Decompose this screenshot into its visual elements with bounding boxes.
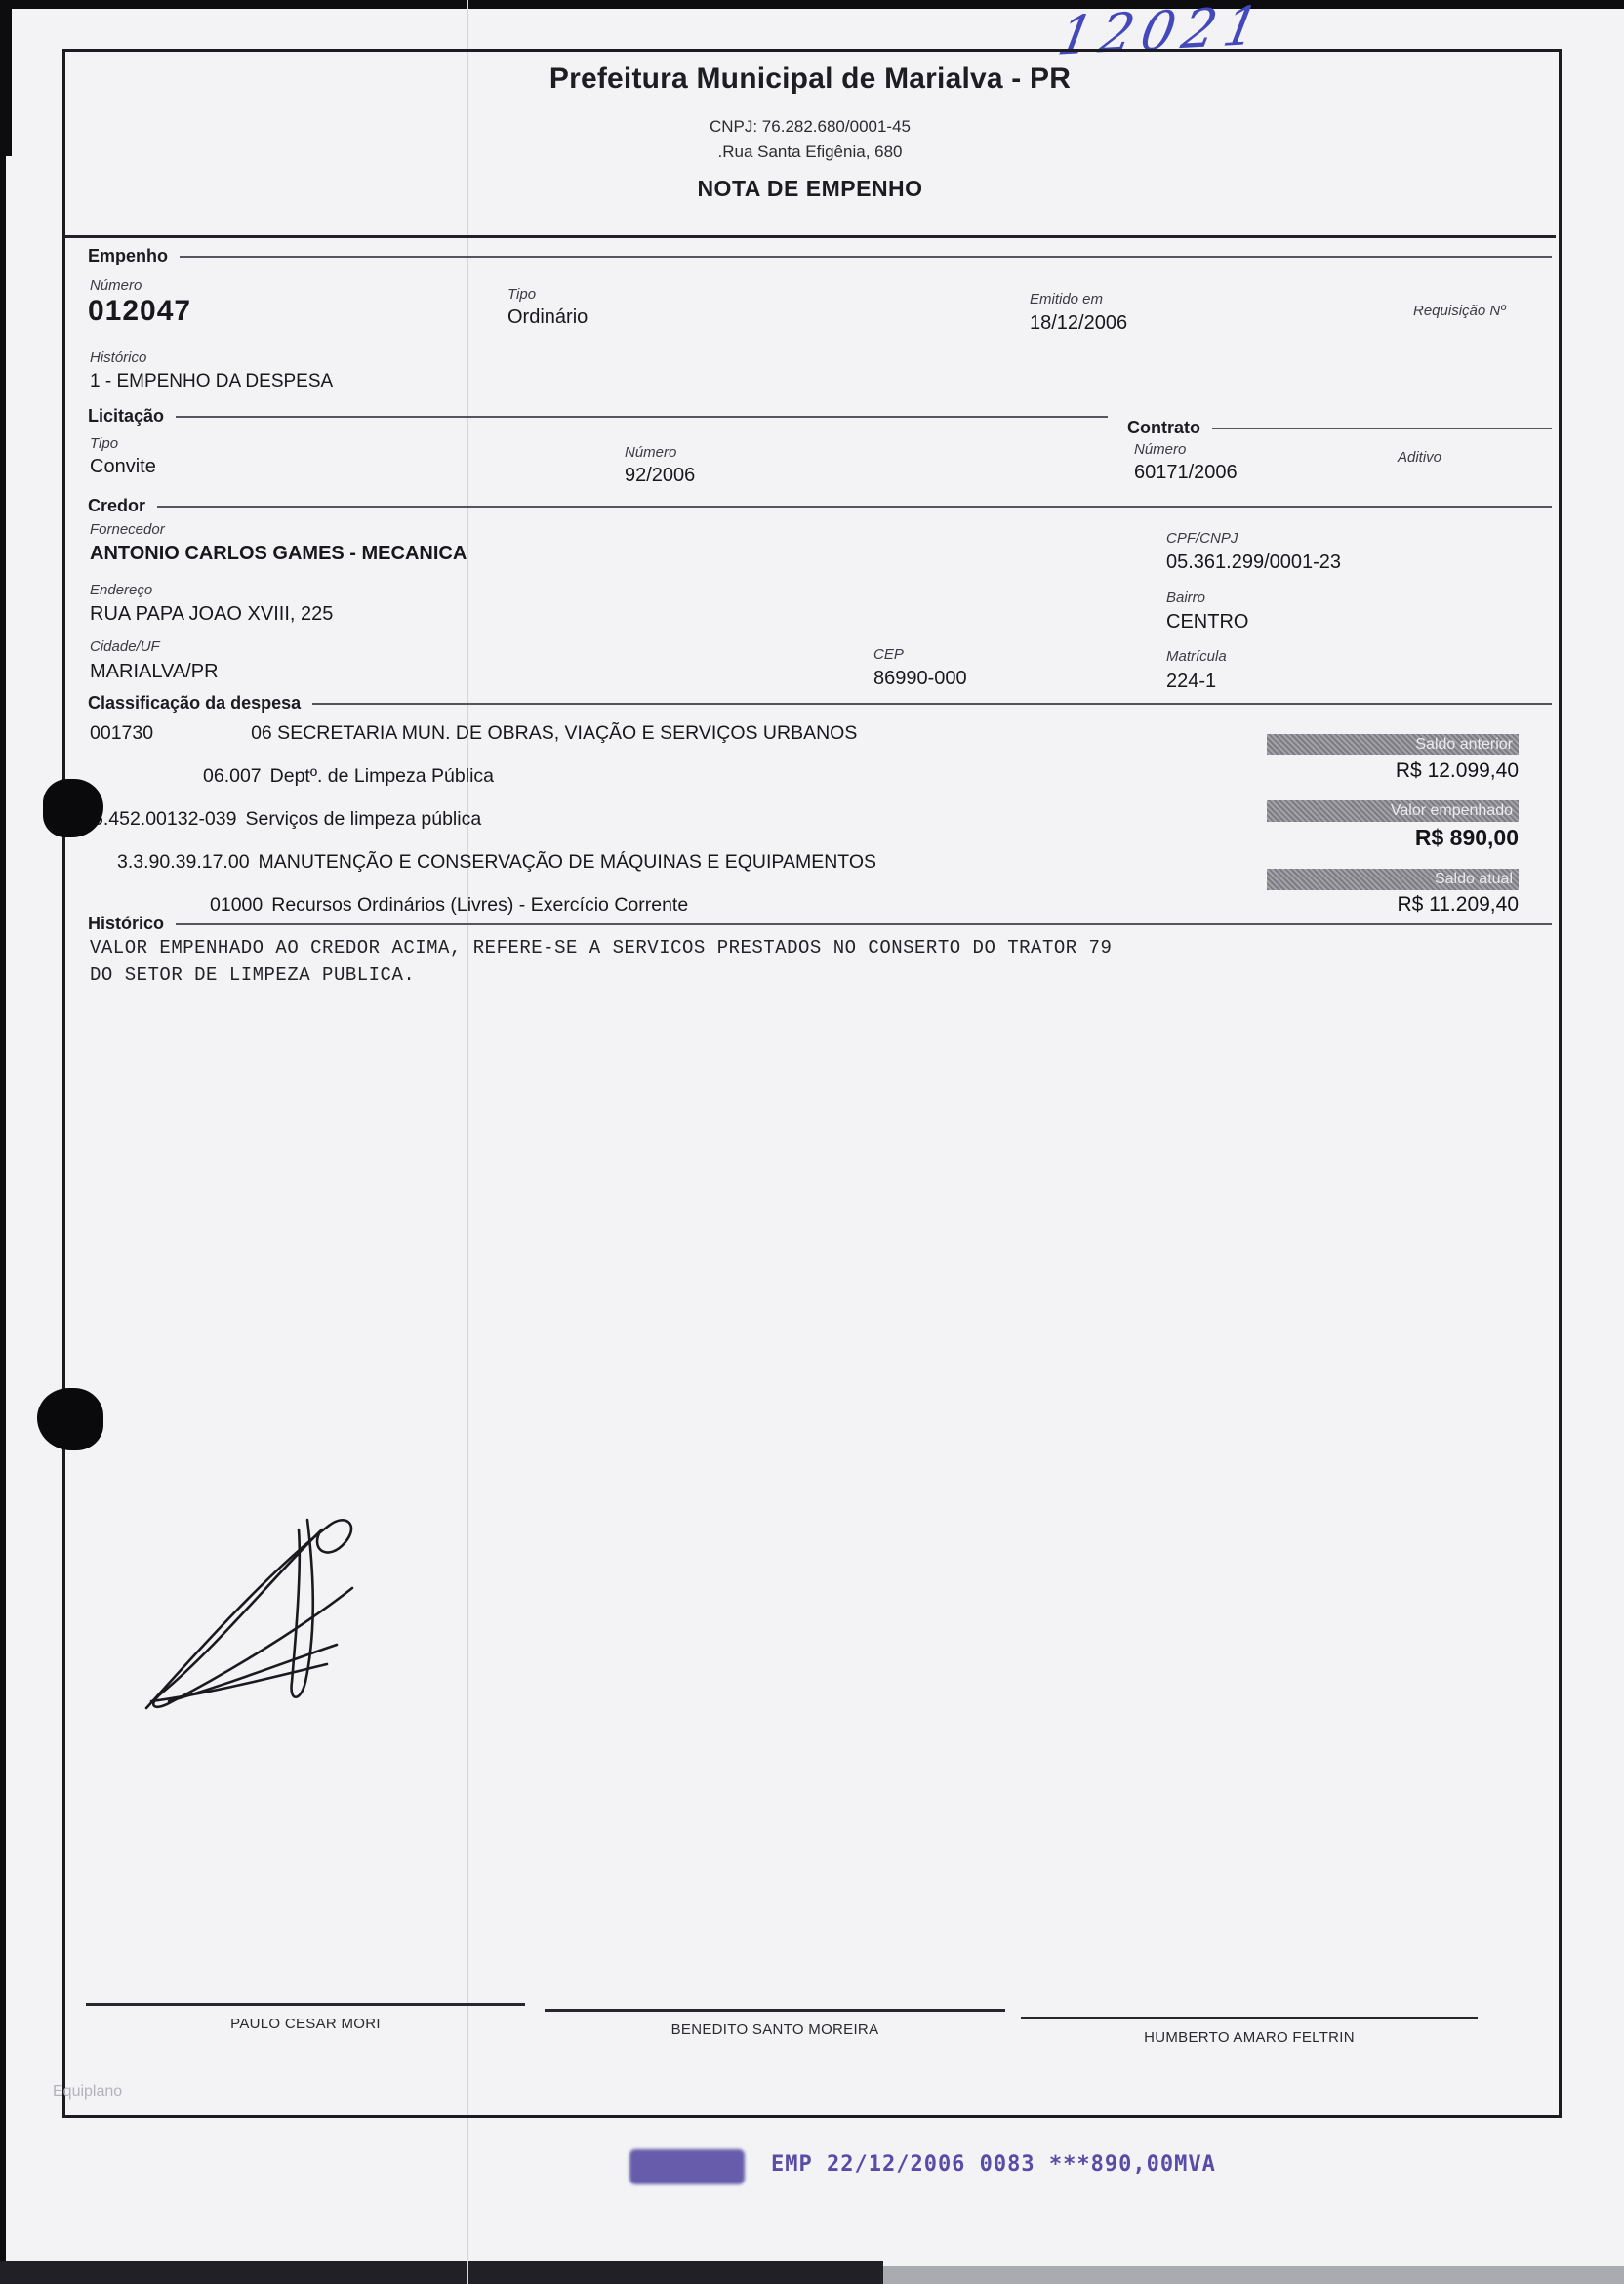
fornecedor-label: Fornecedor <box>90 521 165 538</box>
signature-block: BENEDITO SANTO MOREIRA <box>545 2009 1005 2038</box>
classificacao-row: 00173006 SECRETARIA MUN. DE OBRAS, VIAÇÃ… <box>90 722 857 745</box>
historico-text-line1: VALOR EMPENHADO AO CREDOR ACIMA, REFERE-… <box>90 937 1112 958</box>
equiplano-watermark: Equiplano <box>53 2083 122 2100</box>
cpf-cnpj: 05.361.299/0001-23 <box>1166 551 1341 574</box>
stamp-mark <box>629 2149 745 2184</box>
historico-text-line2: DO SETOR DE LIMPEZA PUBLICA. <box>90 964 415 986</box>
scan-edge-bottom-light <box>883 2266 1624 2284</box>
signature-name: HUMBERTO AMARO FELTRIN <box>1144 2029 1355 2046</box>
section-empenho: Empenho <box>88 246 1552 266</box>
fornecedor-nome: ANTONIO CARLOS GAMES - MECANICA <box>90 543 467 565</box>
numero-label: Número <box>90 277 142 294</box>
endereco: RUA PAPA JOAO XVIII, 225 <box>90 603 333 626</box>
scan-edge-top <box>0 0 1624 9</box>
licitacao-numero-label: Número <box>625 444 676 461</box>
signature-name: PAULO CESAR MORI <box>230 2016 381 2032</box>
document-border <box>62 49 1562 2118</box>
scan-edge-left <box>0 156 6 2284</box>
valor-empenhado-bar: Valor empenhado <box>1267 800 1519 822</box>
historico-label: Histórico <box>90 349 146 366</box>
signature-scribble <box>122 1508 386 1733</box>
section-rule <box>176 416 1108 418</box>
section-historico-label: Histórico <box>88 914 164 934</box>
section-licitacao: Licitação <box>88 406 1108 427</box>
section-historico: Histórico <box>88 914 1552 934</box>
contrato-numero: 60171/2006 <box>1134 462 1238 484</box>
classificacao-row: 06.007Deptº. de Limpeza Pública <box>203 765 494 788</box>
endereco-label: Endereço <box>90 582 152 598</box>
address-line: .Rua Santa Efigênia, 680 <box>64 143 1556 162</box>
municipality-title: Prefeitura Municipal de Marialva - PR <box>64 62 1556 96</box>
classificacao-desc: Recursos Ordinários (Livres) - Exercício… <box>271 894 688 916</box>
stamp-text: EMP 22/12/2006 0083 ***890,00MVA <box>771 2152 1216 2177</box>
classificacao-desc: Deptº. de Limpeza Pública <box>270 765 494 787</box>
classificacao-desc: MANUTENÇÃO E CONSERVAÇÃO DE MÁQUINAS E E… <box>259 851 877 873</box>
scan-edge-left-top <box>0 0 12 156</box>
section-credor: Credor <box>88 496 1552 516</box>
section-contrato-label: Contrato <box>1127 418 1200 438</box>
licitacao-tipo-label: Tipo <box>90 435 118 452</box>
tipo-label: Tipo <box>507 286 536 303</box>
aditivo-label: Aditivo <box>1398 449 1441 466</box>
classificacao-code: 06.007 <box>203 765 262 787</box>
classificacao-code: 5.452.00132-039 <box>93 808 236 830</box>
emitido-data: 18/12/2006 <box>1030 312 1127 335</box>
saldo-anterior-bar: Saldo anterior <box>1267 734 1519 755</box>
classificacao-desc: Serviços de limpeza pública <box>245 808 481 830</box>
section-rule <box>157 506 1552 508</box>
scanned-page: { "header": { "title": "Prefeitura Munic… <box>0 0 1624 2284</box>
matricula: 224-1 <box>1166 671 1216 693</box>
section-classificacao: Classificação da despesa <box>88 693 1552 714</box>
cidade-uf-label: Cidade/UF <box>90 638 160 655</box>
classificacao-code: 001730 <box>90 722 153 744</box>
section-credor-label: Credor <box>88 496 145 516</box>
document-title: NOTA DE EMPENHO <box>64 176 1556 202</box>
licitacao-tipo: Convite <box>90 456 156 478</box>
signature-block: PAULO CESAR MORI <box>86 2003 525 2032</box>
emitido-label: Emitido em <box>1030 291 1103 307</box>
cep: 86990-000 <box>873 668 967 690</box>
section-rule <box>176 923 1552 925</box>
cnpj-line: CNPJ: 76.282.680/0001-45 <box>64 117 1556 137</box>
section-contrato: Contrato <box>1127 418 1552 438</box>
cpf-cnpj-label: CPF/CNPJ <box>1166 530 1238 547</box>
matricula-label: Matrícula <box>1166 648 1227 665</box>
signature-name: BENEDITO SANTO MOREIRA <box>671 2021 879 2038</box>
header-divider <box>64 235 1556 238</box>
cidade-uf: MARIALVA/PR <box>90 661 219 683</box>
saldo-atual-bar: Saldo atual <box>1267 869 1519 890</box>
classificacao-row: 3.3.90.39.17.00MANUTENÇÃO E CONSERVAÇÃO … <box>117 851 876 874</box>
bairro: CENTRO <box>1166 611 1248 633</box>
section-rule <box>1212 428 1552 429</box>
licitacao-numero: 92/2006 <box>625 465 695 487</box>
classificacao-desc: 06 SECRETARIA MUN. DE OBRAS, VIAÇÃO E SE… <box>251 722 857 744</box>
classificacao-code: 01000 <box>210 894 263 916</box>
classificacao-row: 5.452.00132-039Serviços de limpeza públi… <box>93 808 481 831</box>
cep-label: CEP <box>873 646 904 663</box>
section-licitacao-label: Licitação <box>88 406 164 427</box>
section-empenho-label: Empenho <box>88 246 168 266</box>
requisicao-label: Requisição Nº <box>1413 303 1506 319</box>
empenho-tipo: Ordinário <box>507 306 588 329</box>
empenho-numero: 012047 <box>88 295 191 328</box>
section-rule <box>180 256 1552 258</box>
bairro-label: Bairro <box>1166 590 1205 606</box>
section-classificacao-label: Classificação da despesa <box>88 693 301 714</box>
empenho-historico: 1 - EMPENHO DA DESPESA <box>90 371 333 392</box>
section-rule <box>312 703 1552 705</box>
signature-block: HUMBERTO AMARO FELTRIN <box>1021 2017 1478 2046</box>
valor-empenhado-valor: R$ 890,00 <box>1267 825 1519 851</box>
scan-edge-bottom-dark <box>0 2261 883 2284</box>
saldo-anterior-valor: R$ 12.099,40 <box>1267 759 1519 783</box>
contrato-numero-label: Número <box>1134 441 1186 458</box>
ink-blot <box>37 1388 103 1450</box>
classificacao-code: 3.3.90.39.17.00 <box>117 851 250 873</box>
